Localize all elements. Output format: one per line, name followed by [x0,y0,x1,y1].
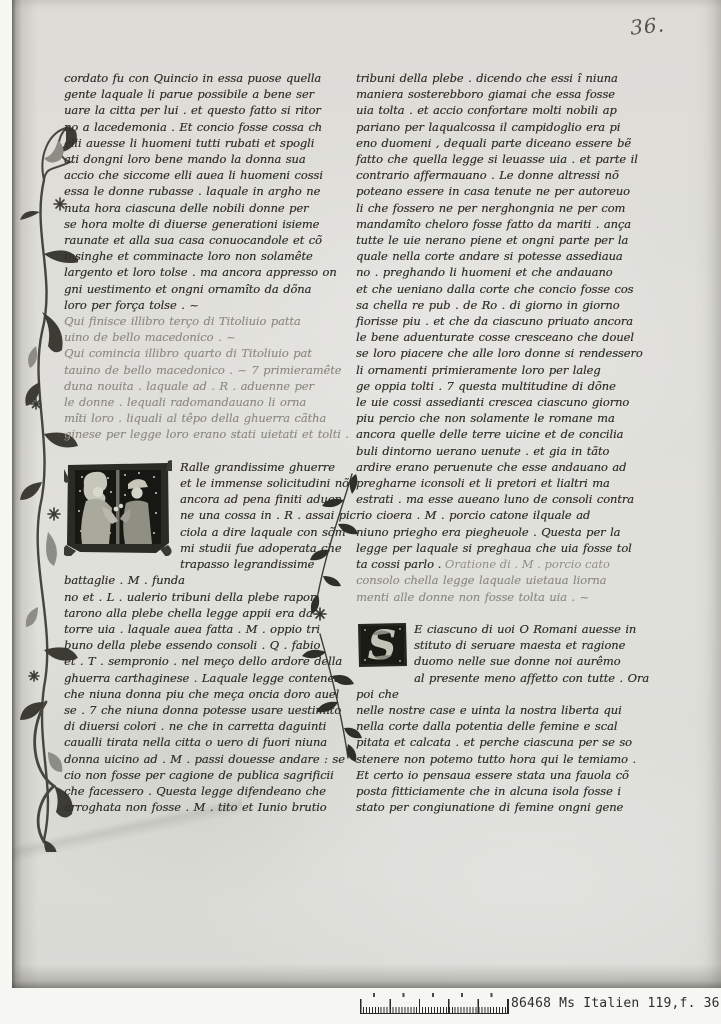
mixed-line-rubric-text: Oratione di . M . porcio cato [445,557,610,571]
decorated-initial-s: S [356,621,408,669]
ruler-baseline [360,1013,508,1015]
shelfmark-caption: 86468 Ms Italien 119,f. 36 [511,996,720,1012]
text-column-left: cordato fu con Quincio in essa puose que… [64,70,356,815]
manuscript-photograph: 36. [0,0,721,1024]
photo-border-left [0,0,12,1024]
right-column-text-block-2: S E ciascuno di uoi O Romani auesse in s… [356,605,666,816]
historiated-initial-miniature [64,459,172,556]
left-column-text-block-2: Ralle grandissime ghuerre et le immense … [64,443,356,816]
photo-caption-strip: 86468 Ms Italien 119,f. 36 [360,988,718,1020]
right-column-text-block-1: tribuni della plebe . dicendo che essi î… [356,70,666,556]
left-column-text-block-1: cordato fu con Quincio in essa puose que… [64,70,356,313]
right-column-oration-rubric: consolo chella legge laquale uietaua lio… [356,572,666,604]
ruler-top-marks [373,993,508,997]
photographic-ruler [360,992,508,1016]
page-bottom-edge-shadow [12,964,721,988]
left-column-incipit-rubric: Qui comincia illibro quarto di Titoliuio… [64,345,356,442]
right-column-mixed-line: ta cossi parlo . Oratione di . M . porci… [356,556,666,572]
mixed-line-dark-text: ta cossi parlo . [356,557,445,571]
text-column-right: tribuni della plebe . dicendo che essi î… [356,70,666,815]
svg-text:S: S [368,622,397,669]
left-column-explicit-rubric: Qui finisce illibro terço di Titoliuio p… [64,313,356,345]
folio-number: 36. [629,14,666,38]
